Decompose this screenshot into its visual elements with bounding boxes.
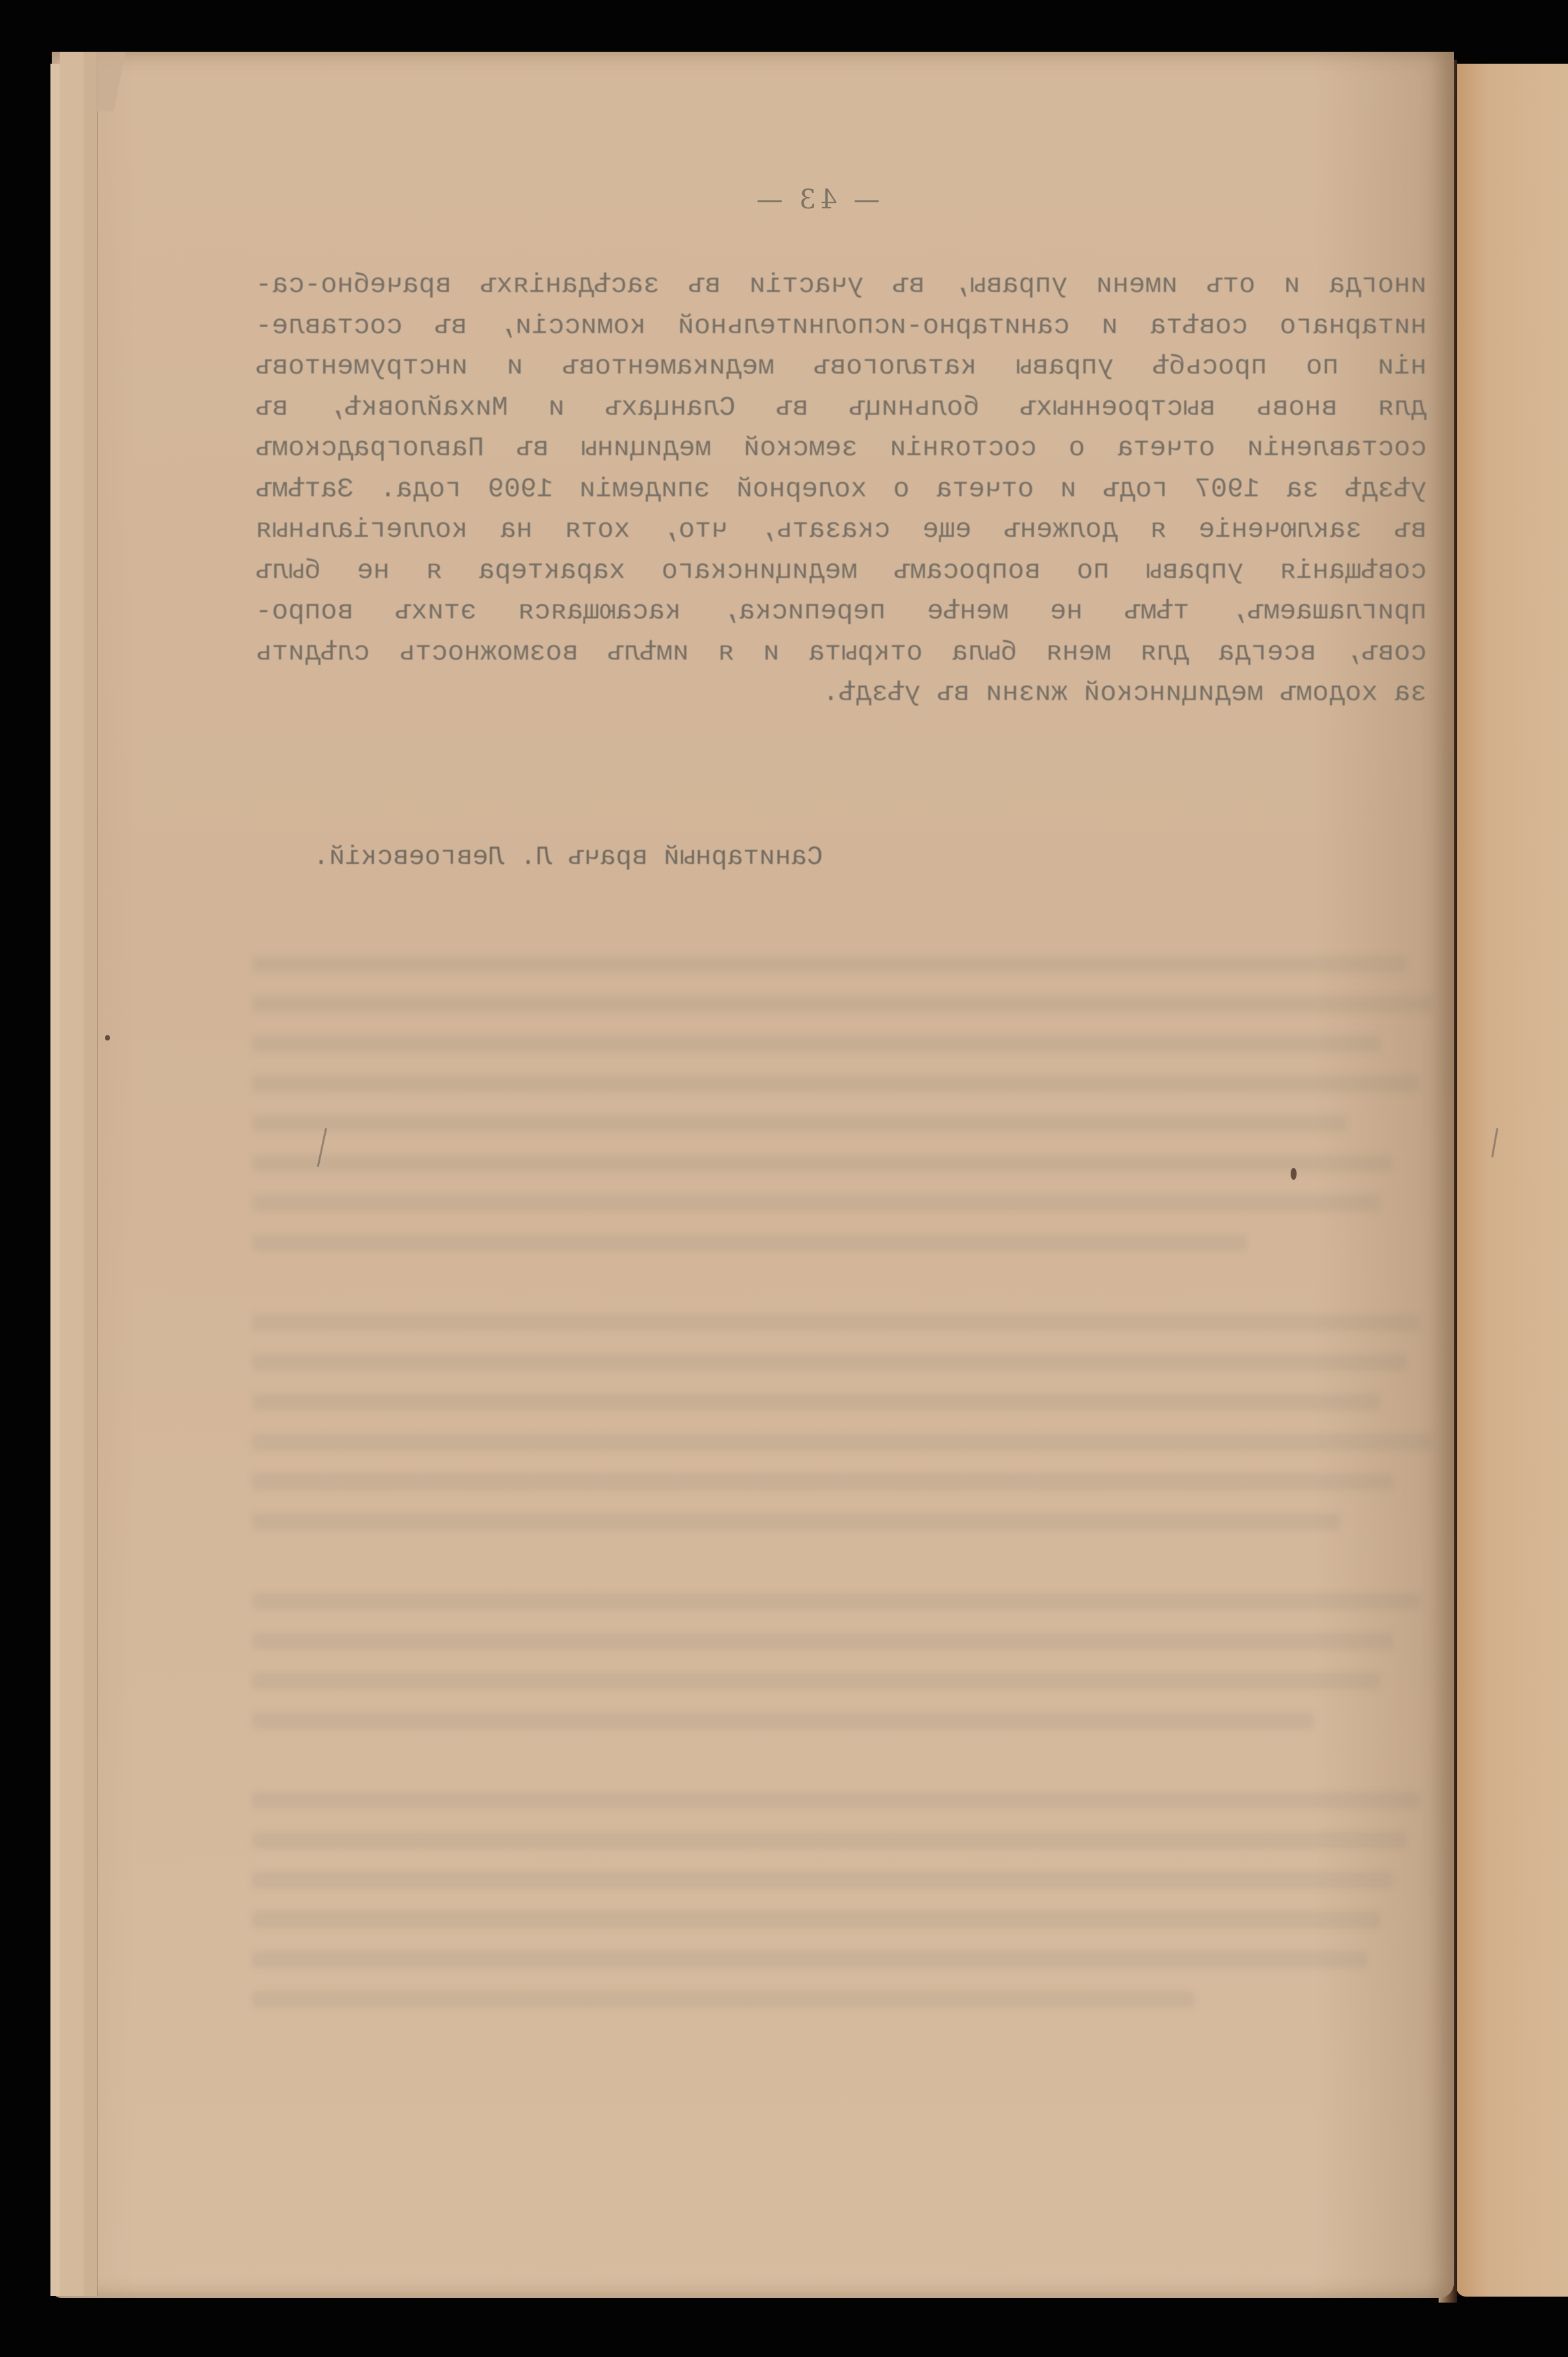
page-number: — 43 — [717,184,916,215]
text-line: совъ, всегда для меня была открыта и я и… [255,633,1427,674]
adjacent-page [1457,64,1568,2297]
text-line: ніи по просьбѣ управы каталоговъ медикам… [255,347,1427,388]
ink-spot [105,1035,110,1040]
body-text: иногда и отъ имени управы, въ участіи въ… [255,265,1427,715]
text-line: совѣщанія управы по вопросамъ медицинска… [255,551,1427,593]
sheet-edge [50,64,60,2296]
text-line: уѣздѣ за 1907 годъ и отчета о холерной э… [255,470,1427,511]
ink-spot [1291,1168,1297,1180]
text-line: иногда и отъ имени управы, въ участіи въ… [255,265,1427,307]
scan-scene: — 43 — иногда и отъ имени управы, въ уча… [0,0,1568,2357]
text-line: нитарнаго совѣта и санитарно-исполнитель… [255,307,1427,348]
text-line: составленіи отчета о состояніи земской м… [255,429,1427,470]
text-line: приглашаемъ, тѣмъ не менѣе переписка, ка… [255,592,1427,633]
sheet-edge [60,52,84,2296]
text-line: для вновь выстроенныхъ больницъ въ Сланц… [255,388,1427,429]
signature: Санитарный врачъ Л. Левгоевскій. [345,843,823,873]
sheet-edge [84,52,98,2296]
text-line: въ заключеніе я долженъ еще сказать, что… [255,510,1427,551]
text-line: за ходомъ медицинской жизни въ уѣздѣ. [255,674,1427,715]
